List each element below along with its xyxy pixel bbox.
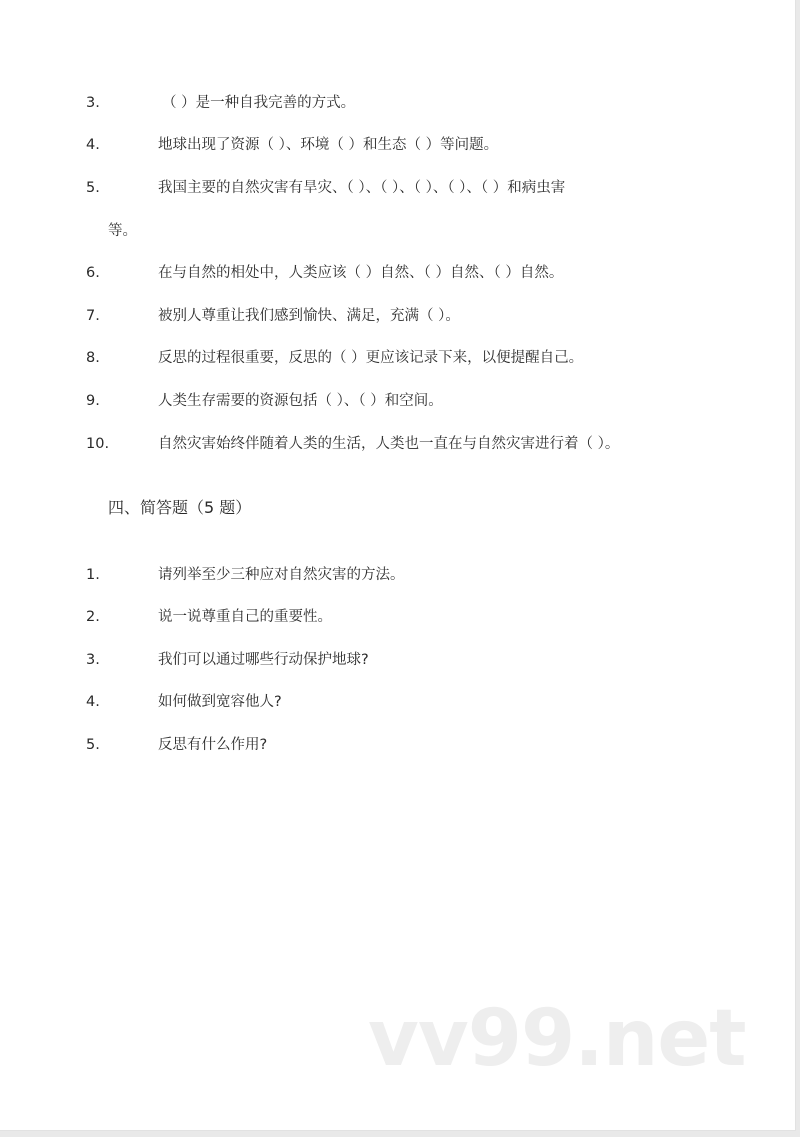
question-text: 人类生存需要的资源包括（ ）、（ ）和空间。 — [158, 392, 443, 410]
question-number: 3. — [86, 651, 100, 669]
question-text: 请列举至少三种应对自然灾害的方法。 — [158, 566, 405, 584]
question-text: 如何做到宽容他人? — [158, 693, 282, 711]
question-text: 地球出现了资源（ ）、环境（ ）和生态（ ）等问题。 — [158, 136, 498, 154]
document-page: 3. （ ）是一种自我完善的方式。 4. 地球出现了资源（ ）、环境（ ）和生态… — [0, 0, 796, 1131]
question-text: 在与自然的相处中，人类应该（ ）自然、（ ）自然、（ ）自然。 — [158, 264, 563, 282]
question-text: 自然灾害始终伴随着人类的生活，人类也一直在与自然灾害进行着（ ）。 — [158, 435, 619, 453]
question-number: 2. — [86, 608, 100, 626]
question-text: 我国主要的自然灾害有旱灾、（ ）、（ ）、（ ）、（ ）、（ ）和病虫害 — [158, 179, 565, 197]
question-number: 1. — [86, 566, 100, 584]
question-text: 我们可以通过哪些行动保护地球? — [158, 651, 369, 669]
question-text: 反思的过程很重要，反思的（ ）更应该记录下来，以便提醒自己。 — [158, 349, 583, 367]
question-number: 6. — [86, 264, 100, 282]
section-heading: 四、简答题（5 题） — [108, 498, 251, 518]
question-text-continuation: 等。 — [108, 222, 137, 240]
question-number: 7. — [86, 307, 100, 325]
question-number: 3. — [86, 94, 100, 112]
question-number: 10. — [86, 435, 109, 453]
question-number: 4. — [86, 693, 100, 711]
watermark: vv99.net — [368, 1000, 746, 1078]
question-text: （ ）是一种自我完善的方式。 — [162, 94, 355, 112]
question-number: 4. — [86, 136, 100, 154]
question-number: 9. — [86, 392, 100, 410]
question-number: 5. — [86, 179, 100, 197]
question-number: 5. — [86, 736, 100, 754]
question-text: 反思有什么作用? — [158, 736, 267, 754]
question-number: 8. — [86, 349, 100, 367]
question-text: 说一说尊重自己的重要性。 — [158, 608, 332, 626]
question-text: 被别人尊重让我们感到愉快、满足，充满（ ）。 — [158, 307, 460, 325]
